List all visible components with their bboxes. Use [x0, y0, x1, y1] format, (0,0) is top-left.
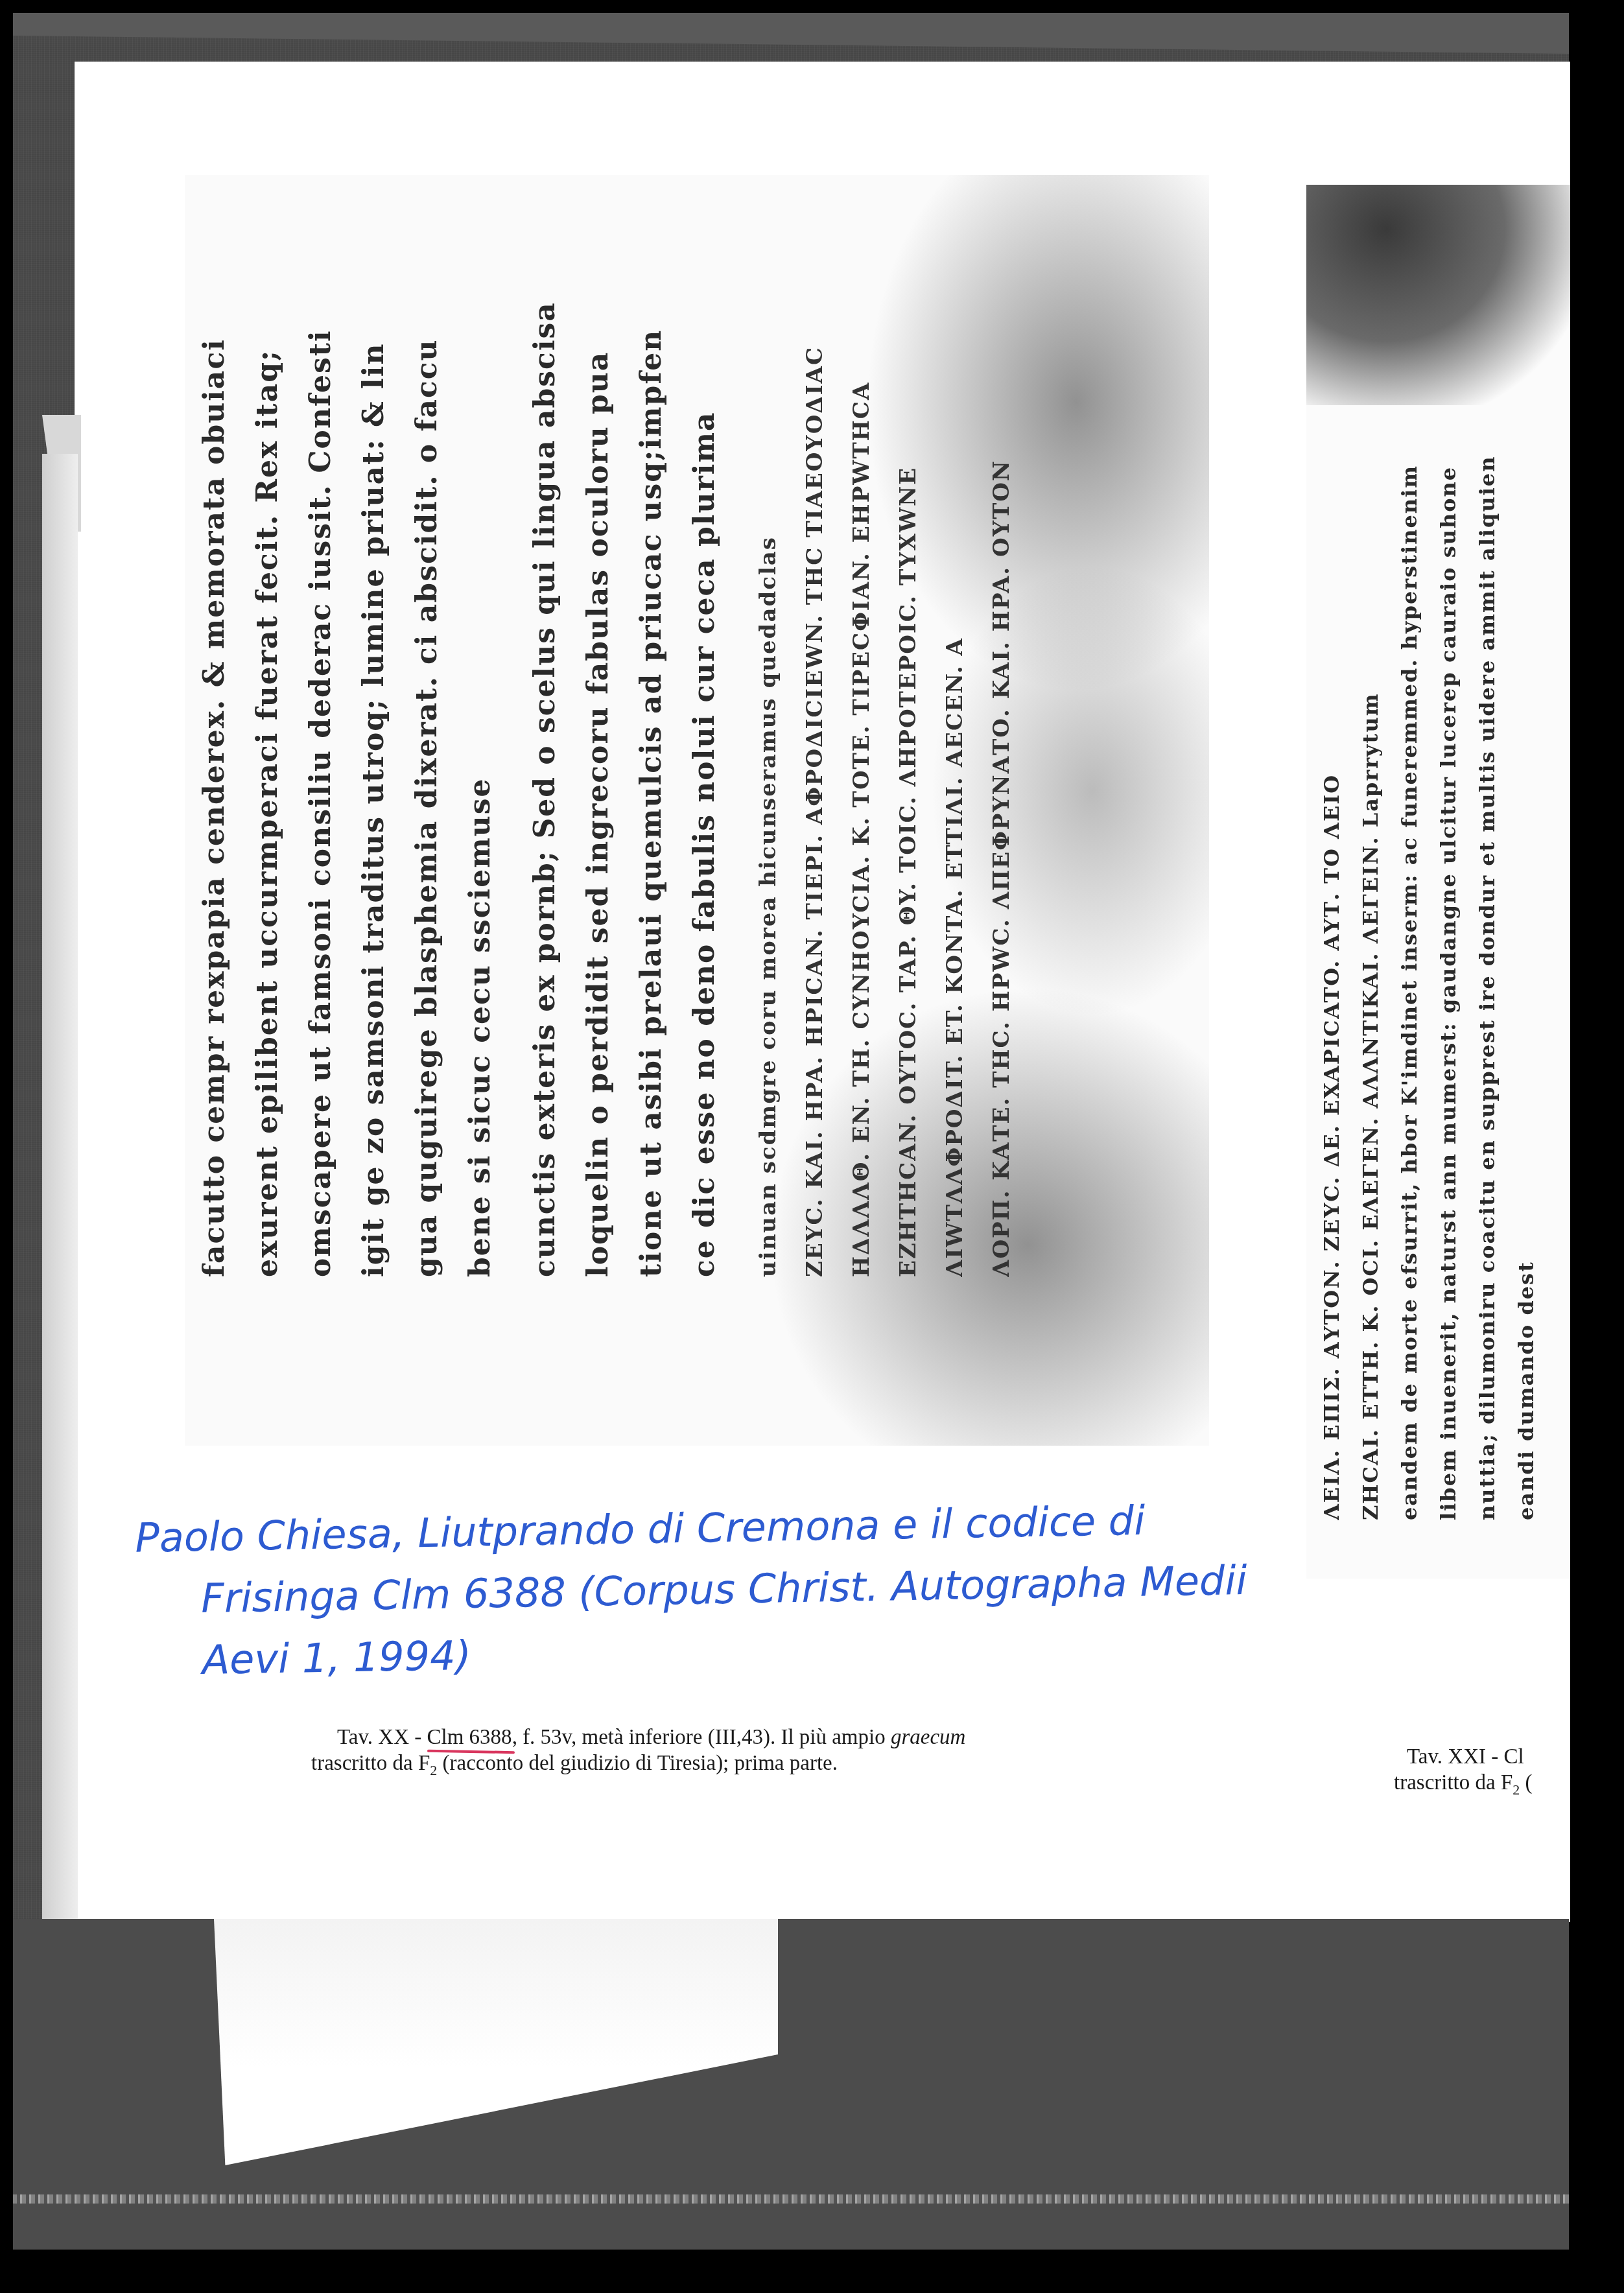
- manuscript-text-lines: facutto cempr rexpapia cenderex. & memor…: [185, 175, 1209, 1446]
- paper-edge-left: [42, 454, 78, 1932]
- manuscript-line: uinuan scdmgre coru morea hicunseramus q…: [755, 214, 781, 1277]
- manuscript-line: EZHTHCAN. OYTOC. TAP. ΘY. TOIC. ΛHPOTEPO…: [895, 214, 921, 1277]
- caption-subscript: 2: [1512, 1781, 1520, 1798]
- manuscript-line: bene si sicuc cecu ssciemuse: [464, 214, 497, 1277]
- manuscript-line: eandi dumando dest: [1514, 457, 1538, 1520]
- manuscript-line: omscapere ut famsoni consiliu dederac iu…: [304, 214, 337, 1277]
- manuscript-line: nuttia; dilumoniru coacitu en supprest i…: [1475, 457, 1500, 1520]
- handwritten-citation: Paolo Chiesa, Liutprando di Cremona e il…: [135, 1488, 1240, 1692]
- manuscript-line: exurent epilibent uccurmperaci fuerat fe…: [251, 214, 284, 1277]
- scan-frame-bottom: [0, 2250, 1624, 2293]
- manuscript-line: cunctis exteris ex pornb; Sed o scelus q…: [528, 214, 561, 1277]
- caption-text: trascritto da F: [311, 1752, 430, 1775]
- caption-text: , f. 53v, metà inferiore (III,43). Il pi…: [512, 1726, 891, 1749]
- manuscript-line: ΛIWTΛΛΦPOΔIT. ET. KONTA. ETTIΛI. AECEN. …: [942, 214, 968, 1277]
- manuscript-reference: Clm 6388: [427, 1726, 512, 1749]
- manuscript-line: ΛOΡΠ. ΚΑΤΕ. THC. HPWC. ΛΠΕΦΡΥΝΑΤΟ. KAI. …: [989, 214, 1015, 1277]
- manuscript-plate-xxi: ΛEΙΛ. EΠΙΣ. ΑΥΤΟΝ. ΖΕΥC. ΔΕ. EXAPICATO. …: [1306, 185, 1572, 1579]
- manuscript-line: ZEYC. KAI. HPA. HPICAN. TIEPI. AΦPOΔICIE…: [802, 214, 828, 1277]
- caption-right-line1: Tav. XXI - Cl: [1394, 1744, 1569, 1770]
- manuscript-line: ΛEΙΛ. EΠΙΣ. ΑΥΤΟΝ. ΖΕΥC. ΔΕ. EXAPICATO. …: [1319, 457, 1344, 1520]
- manuscript-line: ce dic esse no deno fabulis nolui cur ce…: [688, 214, 721, 1277]
- caption-italic-term: graecum: [891, 1726, 965, 1749]
- caption-text: trascritto da F: [1394, 1771, 1512, 1794]
- scan-edge-artifact: [13, 2194, 1569, 2204]
- manuscript-line: facutto cempr rexpapia cenderex. & memor…: [198, 214, 231, 1277]
- scan-frame-right: [1570, 0, 1624, 2293]
- manuscript-text-lines-right: ΛEΙΛ. EΠΙΣ. ΑΥΤΟΝ. ΖΕΥC. ΔΕ. EXAPICATO. …: [1306, 185, 1572, 1455]
- caption-text: (racconto del giudizio di Tiresia); prim…: [437, 1752, 838, 1775]
- manuscript-line: loquelin o perdidit sed ingrecoru fabula…: [582, 214, 615, 1277]
- plate-caption-xx: Tav. XX - Clm 6388, f. 53v, metà inferio…: [337, 1724, 1147, 1783]
- manuscript-line: tione ut asibi prelaui quemulcis ad priu…: [635, 214, 668, 1277]
- manuscript-line: eandem de morte efsurrit, hbor K'imdinet…: [1397, 457, 1422, 1520]
- manuscript-line: HΔΛΛΛΘ. EN. TH. CYNHOYCIA. K. TOTE. TIPE…: [849, 214, 875, 1277]
- manuscript-line: igit ge zo samsoni traditus utroq; lumin…: [357, 214, 390, 1277]
- manuscript-line: ZHCAI. ETTH. K. OCI. EΛΕΓΕΝ. ΑΛΛΝΤΙΚΑΙ. …: [1358, 457, 1383, 1520]
- caption-text: (: [1520, 1771, 1532, 1794]
- caption-subscript: 2: [430, 1762, 437, 1778]
- plate-caption-xxi: Tav. XXI - Cl trascritto da F2 (: [1394, 1744, 1569, 1803]
- manuscript-plate-xx: facutto cempr rexpapia cenderex. & memor…: [185, 175, 1209, 1446]
- manuscript-line: libem inuenerit, naturst ann mumerst: ga…: [1436, 457, 1461, 1520]
- manuscript-line: gua quguirege blasphemia dixerat. ci abs…: [410, 214, 443, 1277]
- caption-prefix: Tav. XX -: [337, 1726, 427, 1749]
